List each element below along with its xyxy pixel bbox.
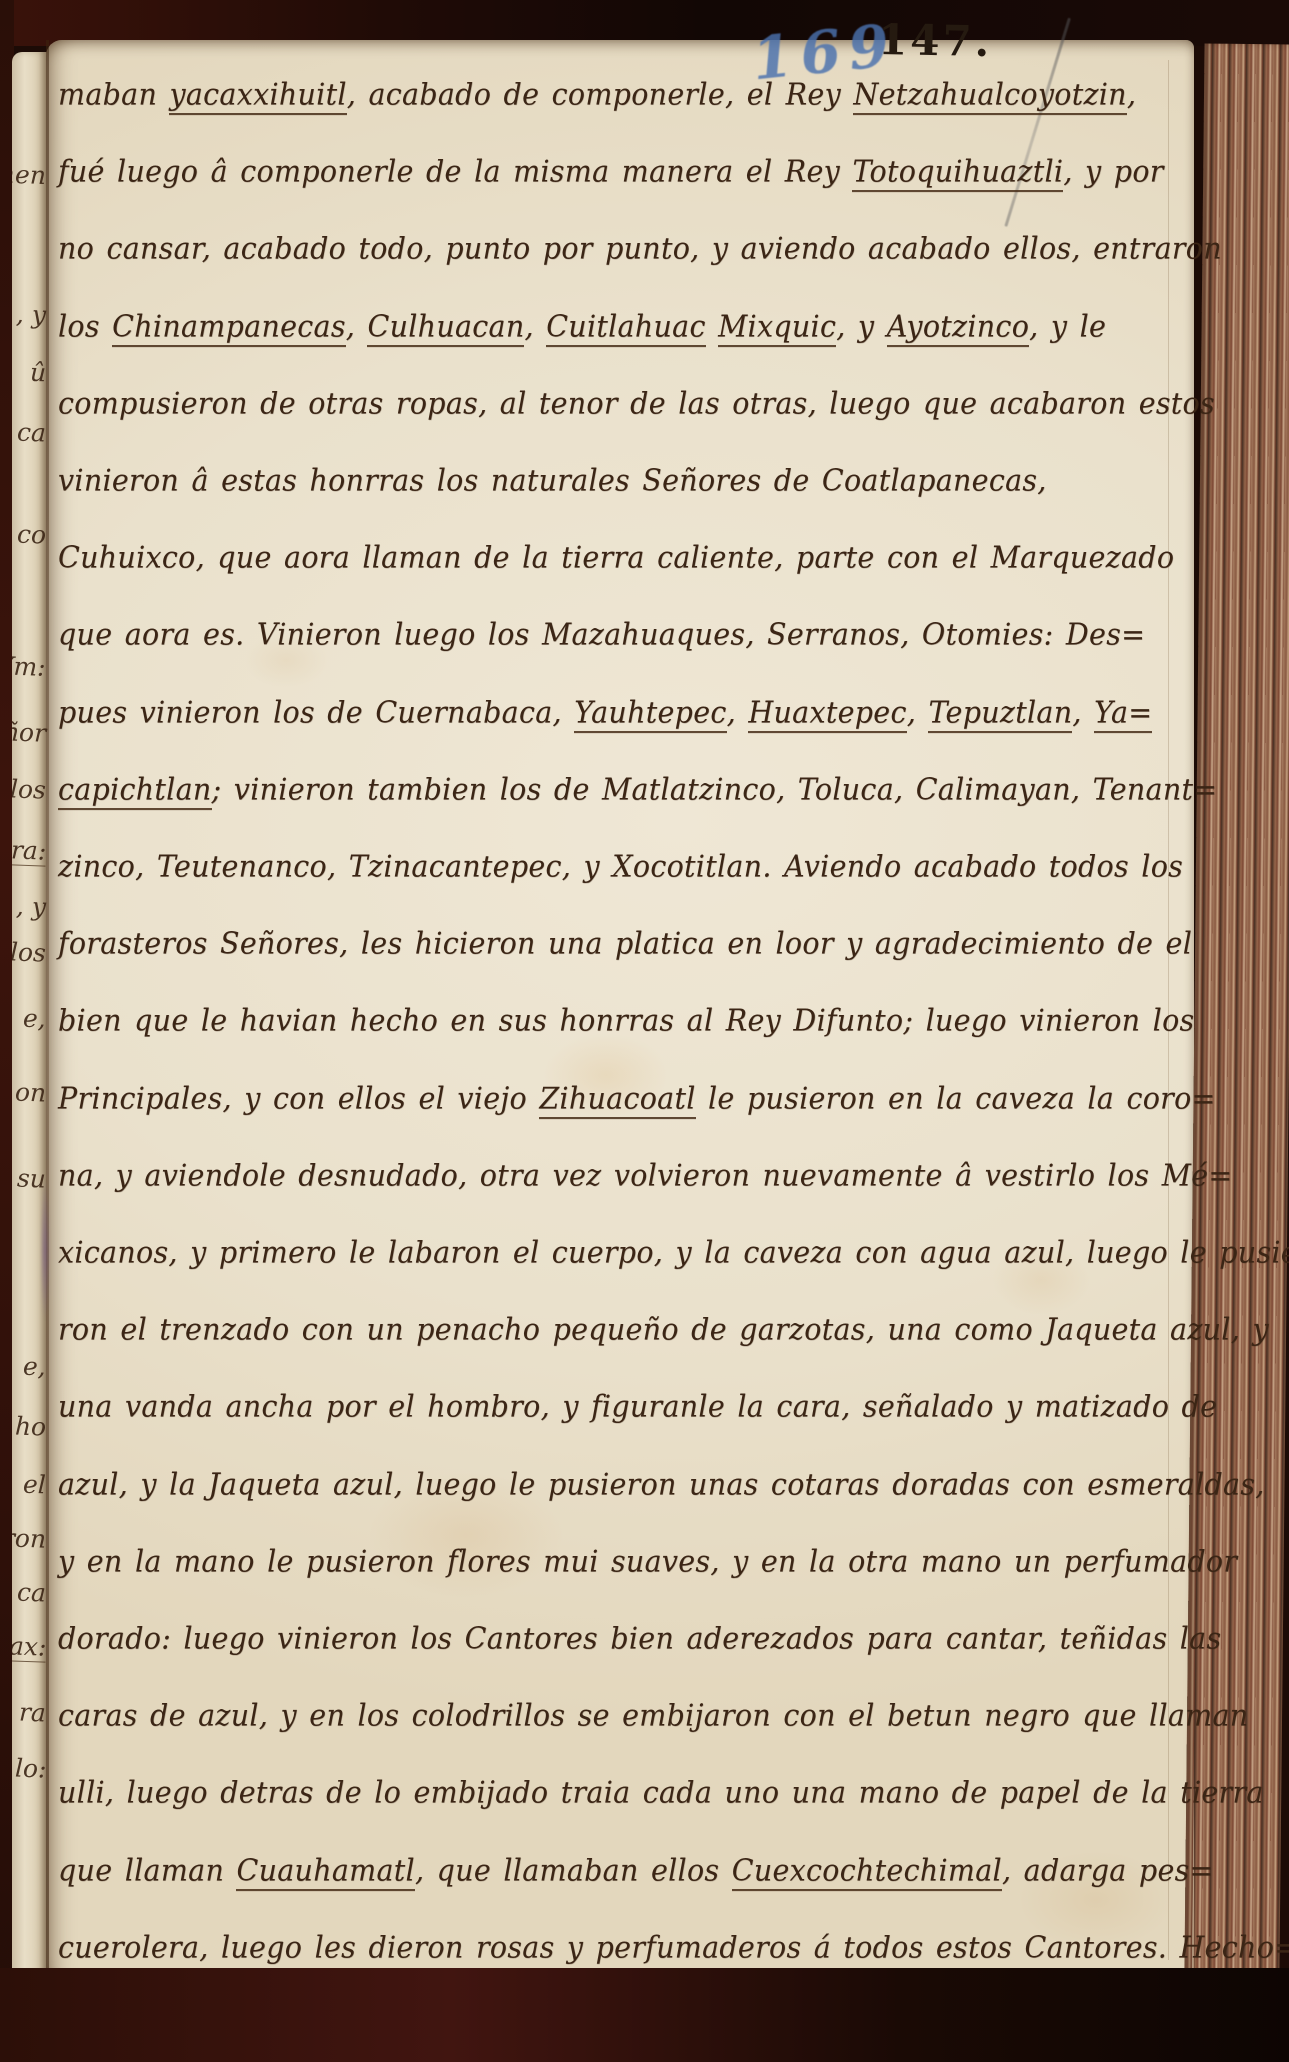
text-run: y en la mano le pusieron flores mui suav… xyxy=(58,1544,1237,1579)
underlined-word: Cuauhamatl xyxy=(236,1853,414,1891)
facing-page-fragment: el xyxy=(23,1470,47,1500)
text-run: , adarga pes= xyxy=(1002,1853,1214,1888)
facing-page-fragment: co xyxy=(16,520,46,550)
facing-page-fragment: Ym: xyxy=(12,651,46,682)
text-line: compusieron de otras ropas, al tenor de … xyxy=(58,386,1215,421)
text-line: azul, y la Jaqueta azul, luego le pusier… xyxy=(58,1467,1265,1502)
text-line: ulli, luego detras de lo embijado traia … xyxy=(58,1775,1264,1810)
text-run: caras de azul, y en los colodrillos se e… xyxy=(58,1698,1248,1733)
text-line: fué luego â componerle de la misma maner… xyxy=(58,154,1164,189)
text-run: Cuhuixco, que aora llaman de la tierra c… xyxy=(58,540,1174,575)
facing-page-fragment: ca xyxy=(17,418,47,448)
facing-page-fragment: , y xyxy=(15,299,46,329)
text-line: y en la mano le pusieron flores mui suav… xyxy=(58,1544,1237,1579)
text-run: , y xyxy=(836,309,886,344)
text-run: , y le xyxy=(1029,309,1106,344)
text-line: Principales, y con ellos el viejo Zihuac… xyxy=(58,1081,1216,1116)
underlined-word: Culhuacan xyxy=(367,309,524,347)
text-run: no cansar, acabado todo, punto por punto… xyxy=(58,231,1222,266)
text-run: , acabado de componerle, el Rey xyxy=(347,77,854,112)
text-run: , xyxy=(346,309,368,344)
facing-page-fragment: on xyxy=(14,1077,46,1107)
underlined-word: Totoquihuaztli xyxy=(852,154,1063,192)
underlined-word: Ayotzinco xyxy=(887,309,1029,347)
underlined-word: Cuexcochtechimal xyxy=(732,1853,1002,1891)
facing-page-fragment: los xyxy=(12,774,46,804)
text-run: compusieron de otras ropas, al tenor de … xyxy=(58,386,1215,421)
text-line: ron el trenzado con un penacho pequeño d… xyxy=(58,1312,1269,1347)
text-run: los xyxy=(58,309,112,344)
text-run: maban xyxy=(58,77,169,112)
facing-page-fragment: los xyxy=(12,937,46,967)
text-run: que aora es. Vinieron luego los Mazahuaq… xyxy=(58,617,1145,652)
text-run: una vanda ancha por el hombro, y figuran… xyxy=(58,1389,1217,1424)
text-line: xicanos, y primero le labaron el cuerpo,… xyxy=(58,1235,1289,1270)
facing-page-fragment: lo: xyxy=(14,1753,46,1783)
text-run: na, y aviendole desnudado, otra vez volv… xyxy=(58,1158,1233,1193)
facing-page-text-fragments: chen, yûcacoYm:ñorlosra:, ylose,onsue,ho… xyxy=(12,52,48,1988)
text-run: bien que le havian hecho en sus honrras … xyxy=(58,1003,1194,1038)
facing-page-fragment: e, xyxy=(23,1004,47,1034)
text-line: que llaman Cuauhamatl, que llamaban ello… xyxy=(58,1853,1214,1888)
text-run: , xyxy=(907,695,929,730)
facing-page-fragment: chen xyxy=(12,159,46,190)
text-run: , xyxy=(1072,695,1094,730)
manuscript-text: maban yacaxxihuitl, acabado de componerl… xyxy=(58,40,1168,1990)
facing-page-fragment: ra xyxy=(19,1698,47,1728)
text-line: dorado: luego vinieron los Cantores bien… xyxy=(58,1621,1221,1656)
text-line: na, y aviendole desnudado, otra vez volv… xyxy=(58,1158,1233,1193)
text-run: azul, y la Jaqueta azul, luego le pusier… xyxy=(58,1467,1265,1502)
underlined-word: Netzahualcoyotzin xyxy=(853,77,1127,115)
underlined-word: capichtlan xyxy=(58,772,212,810)
text-line: cuerolera, luego les dieron rosas y perf… xyxy=(58,1930,1289,1965)
text-line: una vanda ancha por el hombro, y figuran… xyxy=(58,1389,1217,1424)
text-run: vinieron â estas honrras los naturales S… xyxy=(58,463,1047,498)
text-line: pues vinieron los de Cuernabaca, Yauhtep… xyxy=(58,695,1152,730)
text-run: ron el trenzado con un penacho pequeño d… xyxy=(58,1312,1269,1347)
text-run: , xyxy=(524,309,546,344)
underlined-word: Huaxtepec xyxy=(748,695,906,733)
facing-page-fragment: ho xyxy=(14,1411,46,1441)
book-fore-edge xyxy=(1183,44,1289,2062)
text-line: capichtlan; vinieron tambien los de Matl… xyxy=(58,772,1217,807)
underlined-word: Ya= xyxy=(1094,695,1152,733)
text-run: le pusieron en la caveza la coro= xyxy=(696,1081,1216,1116)
text-line: forasteros Señores, les hicieron una pla… xyxy=(58,926,1192,961)
text-line: no cansar, acabado todo, punto por punto… xyxy=(58,231,1222,266)
facing-page-fragment: ra: xyxy=(12,835,47,866)
underlined-word: Chinampanecas xyxy=(112,309,346,347)
facing-page-fragment: ñor xyxy=(12,717,46,747)
underlined-word: Zihuacoatl xyxy=(539,1081,695,1119)
text-run: ; vinieron tambien los de Matlatzinco, T… xyxy=(212,772,1218,807)
text-run: xicanos, y primero le labaron el cuerpo,… xyxy=(58,1235,1289,1270)
text-run: dorado: luego vinieron los Cantores bien… xyxy=(58,1621,1221,1656)
text-run: fué luego â componerle de la misma maner… xyxy=(58,154,852,189)
text-line: bien que le havian hecho en sus honrras … xyxy=(58,1003,1194,1038)
text-run: , xyxy=(1127,77,1136,112)
facing-page-fragment: ca xyxy=(17,1578,47,1608)
facing-page-fragment: û xyxy=(29,358,46,388)
text-run: pues vinieron los de Cuernabaca, xyxy=(58,695,574,730)
text-run: , y por xyxy=(1063,154,1163,189)
facing-page-fragment: e, xyxy=(23,1352,47,1382)
text-run: que llaman xyxy=(58,1853,236,1888)
text-run: ulli, luego detras de lo embijado traia … xyxy=(58,1775,1264,1810)
text-run: zinco, Teutenanco, Tzinacantepec, y Xoco… xyxy=(58,849,1183,884)
underlined-word: yacaxxihuitl xyxy=(169,77,346,115)
text-run: Principales, y con ellos el viejo xyxy=(58,1081,539,1116)
text-line: zinco, Teutenanco, Tzinacantepec, y Xoco… xyxy=(58,849,1183,884)
text-line: caras de azul, y en los colodrillos se e… xyxy=(58,1698,1248,1733)
text-run: cuerolera, luego les dieron rosas y perf… xyxy=(58,1930,1289,1965)
text-line: vinieron â estas honrras los naturales S… xyxy=(58,463,1047,498)
text-line: maban yacaxxihuitl, acabado de componerl… xyxy=(58,77,1136,112)
text-line: Cuhuixco, que aora llaman de la tierra c… xyxy=(58,540,1174,575)
underlined-word: Mixquic xyxy=(718,309,836,347)
underlined-word: Cuitlahuac xyxy=(546,309,706,347)
facing-page-fragment: su xyxy=(17,1164,47,1194)
text-run xyxy=(706,309,718,344)
text-run: forasteros Señores, les hicieron una pla… xyxy=(58,926,1192,961)
text-line: que aora es. Vinieron luego los Mazahuaq… xyxy=(58,617,1145,652)
facing-page-fragment: ron xyxy=(12,1523,46,1553)
underlined-word: Yauhtepec xyxy=(574,695,726,733)
underlined-word: Tepuztlan xyxy=(928,695,1072,733)
text-run: , xyxy=(727,695,749,730)
facing-page-fragment: , y xyxy=(15,891,46,921)
facing-page-fragment: ax: xyxy=(12,1631,47,1662)
text-run: , que llamaban ellos xyxy=(415,1853,732,1888)
text-line: los Chinampanecas, Culhuacan, Cuitlahuac… xyxy=(58,309,1106,344)
